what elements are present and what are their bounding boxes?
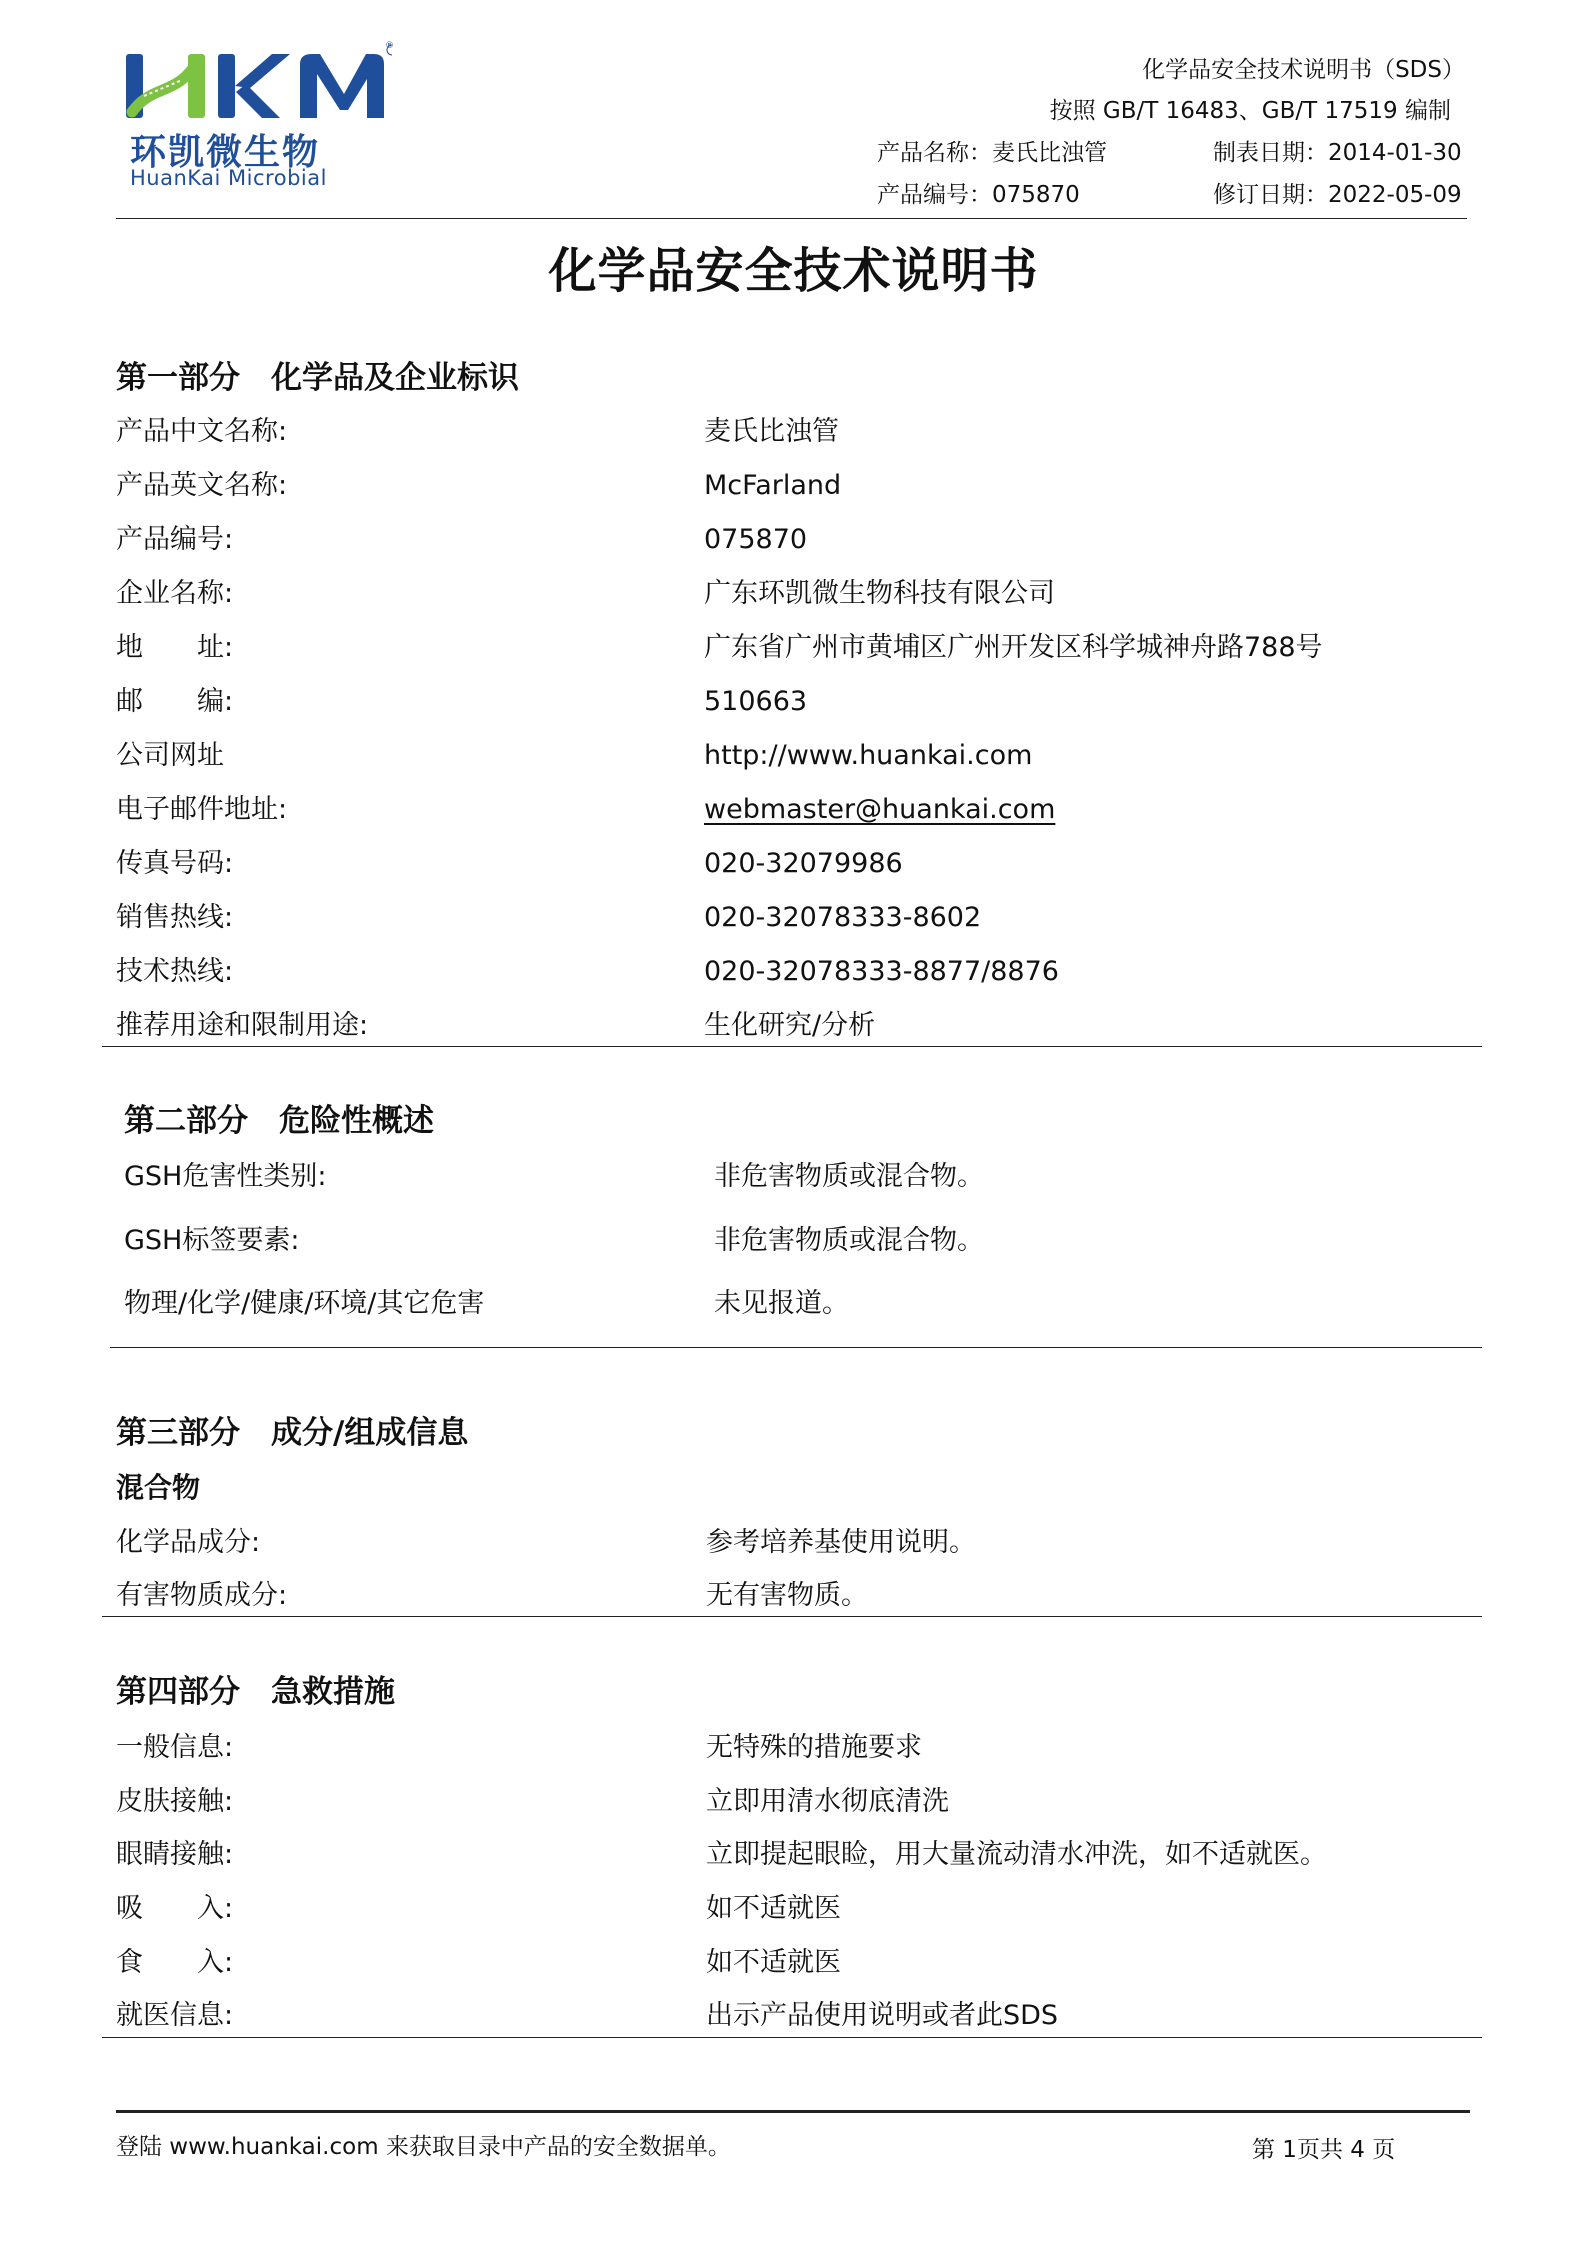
row-value: McFarland [704, 470, 841, 502]
row-value: 麦氏比浊管 [704, 416, 839, 448]
row-label: 食 入: [116, 1947, 233, 1979]
header-standard: 按照 GB/T 16483、GB/T 17519 编制 [1050, 97, 1451, 125]
logo-name-en: HuanKai Microbial [130, 166, 327, 190]
row-value: 未见报道。 [714, 1288, 849, 1320]
row-label: 地 址: [116, 632, 233, 664]
row-value: 生化研究/分析 [704, 1010, 875, 1042]
row-value: 无特殊的措施要求 [706, 1732, 922, 1764]
row-value: 立即用清水彻底清洗 [706, 1786, 949, 1818]
row-label: 推荐用途和限制用途: [116, 1010, 368, 1042]
row-value: 020-32079986 [704, 848, 903, 880]
row-value: 如不适就医 [706, 1947, 841, 1979]
row-label: 邮 编: [116, 686, 233, 718]
row-label: 就医信息: [116, 2000, 233, 2032]
row-value: 非危害物质或混合物。 [714, 1225, 984, 1257]
row-label: GSH危害性类别: [124, 1161, 326, 1193]
header-created-date: 制表日期：2014-01-30 [1213, 139, 1462, 167]
row-label: 吸 入: [116, 1893, 233, 1925]
row-value: 020-32078333-8877/8876 [704, 956, 1059, 988]
row-label: 产品英文名称: [116, 470, 287, 502]
page-number: 第 1页共 4 页 [1252, 2136, 1395, 2164]
row-label: 企业名称: [116, 578, 233, 610]
section-3-subheading: 混合物 [116, 1470, 200, 1506]
section-4-divider [102, 2037, 1482, 2038]
row-label: 化学品成分: [116, 1527, 260, 1559]
header-product-code: 产品编号：075870 [877, 181, 1080, 209]
header-product-name: 产品名称：麦氏比浊管 [877, 139, 1107, 167]
section-4-heading: 第四部分 急救措施 [116, 1674, 395, 1710]
company-logo: ® 环凯微生物 HuanKai Microbial [122, 44, 402, 194]
row-value: 广东省广州市黄埔区广州开发区科学城神舟路788号 [704, 632, 1323, 664]
row-label: 有害物质成分: [116, 1580, 287, 1612]
section-1-heading: 第一部分 化学品及企业标识 [116, 360, 519, 396]
website-link[interactable]: http://www.huankai.com [704, 740, 1032, 772]
row-label: 公司网址 [116, 740, 224, 772]
row-label: 销售热线: [116, 902, 233, 934]
section-2-heading: 第二部分 危险性概述 [124, 1103, 434, 1139]
page-title: 化学品安全技术说明书 [0, 232, 1587, 301]
section-1-divider [102, 1046, 1482, 1047]
row-value: 020-32078333-8602 [704, 902, 981, 934]
section-2-divider [110, 1347, 1482, 1348]
row-value: 075870 [704, 524, 807, 556]
row-value: 立即提起眼睑，用大量流动清水冲洗，如不适就医。 [706, 1839, 1327, 1871]
registered-mark: ® [385, 41, 394, 51]
header-doc-type: 化学品安全技术说明书（SDS） [1142, 56, 1465, 84]
row-label: 产品编号: [116, 524, 233, 556]
section-3-divider [102, 1616, 1482, 1617]
row-label: 皮肤接触: [116, 1786, 233, 1818]
header-revised-date: 修订日期：2022-05-09 [1213, 181, 1462, 209]
row-label: 电子邮件地址: [116, 794, 287, 826]
row-value: 参考培养基使用说明。 [706, 1527, 976, 1559]
section-3-heading: 第三部分 成分/组成信息 [116, 1415, 468, 1451]
row-label: 传真号码: [116, 848, 233, 880]
row-value: 无有害物质。 [706, 1580, 868, 1612]
footer-divider [116, 2110, 1470, 2113]
footer-note: 登陆 www.huankai.com 来获取目录中产品的安全数据单。 [116, 2133, 731, 2161]
row-value: 出示产品使用说明或者此SDS [706, 2000, 1058, 2032]
row-value: 如不适就医 [706, 1893, 841, 1925]
hkm-logo-mark-icon [122, 44, 392, 124]
email-link[interactable]: webmaster@huankai.com [704, 794, 1055, 826]
row-label: GSH标签要素: [124, 1225, 299, 1257]
row-value: 510663 [704, 686, 807, 718]
row-label: 眼睛接触: [116, 1839, 233, 1871]
row-value: 非危害物质或混合物。 [714, 1161, 984, 1193]
row-label: 物理/化学/健康/环境/其它危害 [124, 1288, 484, 1320]
row-value: 广东环凯微生物科技有限公司 [704, 578, 1055, 610]
row-label: 技术热线: [116, 956, 233, 988]
row-label: 产品中文名称: [116, 416, 287, 448]
row-label: 一般信息: [116, 1732, 233, 1764]
header-divider [116, 218, 1467, 219]
